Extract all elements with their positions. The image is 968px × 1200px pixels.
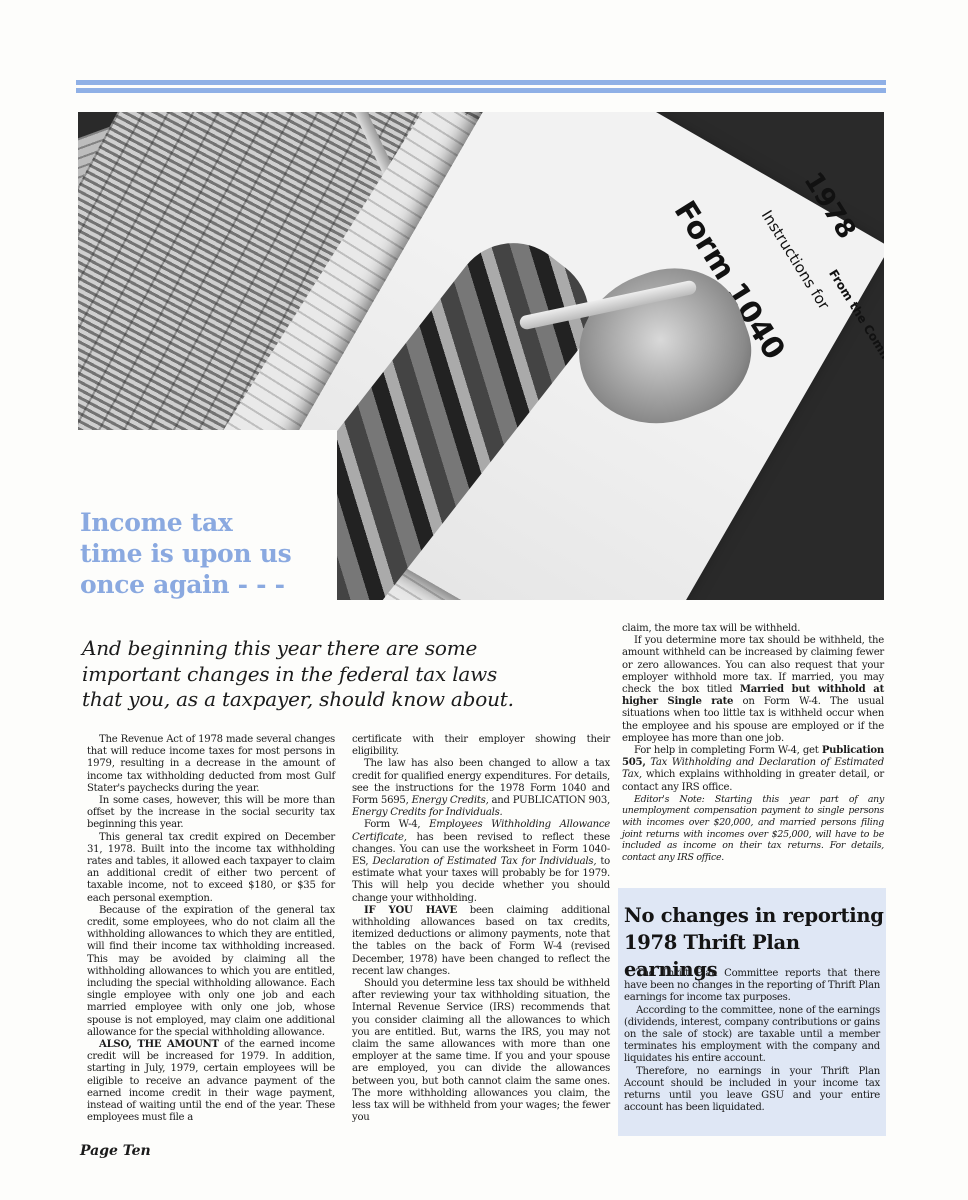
deck-line-1: And beginning this year there are some — [82, 636, 602, 662]
article-column-3: claim, the more tax will be withheld. If… — [622, 623, 884, 863]
thrift-plan-sidebar: No changes in reporting 1978 Thrift Plan… — [618, 888, 886, 1136]
paragraph: The Thrift Plan Committee reports that t… — [624, 968, 880, 1005]
page-number: Page Ten — [80, 1143, 151, 1159]
lead-in: ALSO, THE AMOUNT — [99, 1039, 219, 1050]
paragraph: The law has also been changed to allow a… — [352, 758, 610, 819]
article-column-1: The Revenue Act of 1978 made several cha… — [87, 734, 335, 1125]
paragraph: For help in completing Form W-4, get Pub… — [622, 745, 884, 794]
paragraph: According to the committee, none of the … — [624, 1005, 880, 1066]
paragraph: Form W-4, Employees Withholding Allowanc… — [352, 819, 610, 904]
paragraph: The Revenue Act of 1978 made several cha… — [87, 734, 335, 795]
paragraph: ALSO, THE AMOUNT of the earned income cr… — [87, 1039, 335, 1124]
paragraph: Should you determine less tax should be … — [352, 978, 610, 1124]
paragraph: certificate with their employer showing … — [352, 734, 610, 758]
headline-line-2: time is upon us — [80, 538, 330, 569]
article-headline: Income tax time is upon us once again - … — [80, 507, 330, 600]
headline-line-1: Income tax — [80, 507, 330, 538]
article-deck: And beginning this year there are some i… — [82, 636, 602, 713]
header-stripe-top — [76, 80, 886, 85]
paragraph: IF YOU HAVE been claiming additional wit… — [352, 905, 610, 978]
paragraph: claim, the more tax will be withheld. — [622, 623, 884, 635]
paragraph: If you determine more tax should be with… — [622, 635, 884, 745]
paragraph: In some cases, however, this will be mor… — [87, 795, 335, 832]
header-stripe-bottom — [76, 88, 886, 93]
editors-note: Editor's Note: Starting this year part o… — [622, 794, 884, 864]
sidebar-body: The Thrift Plan Committee reports that t… — [624, 968, 880, 1114]
headline-line-3: once again - - - — [80, 569, 330, 600]
lead-in: IF YOU HAVE — [364, 905, 457, 916]
paragraph: This general tax credit expired on Decem… — [87, 832, 335, 905]
deck-line-3: that you, as a taxpayer, should know abo… — [82, 687, 602, 713]
paragraph: Because of the expiration of the general… — [87, 905, 335, 1039]
article-column-2: certificate with their employer showing … — [352, 734, 610, 1125]
paragraph: Therefore, no earnings in your Thrift Pl… — [624, 1066, 880, 1115]
deck-line-2: important changes in the federal tax law… — [82, 662, 602, 688]
